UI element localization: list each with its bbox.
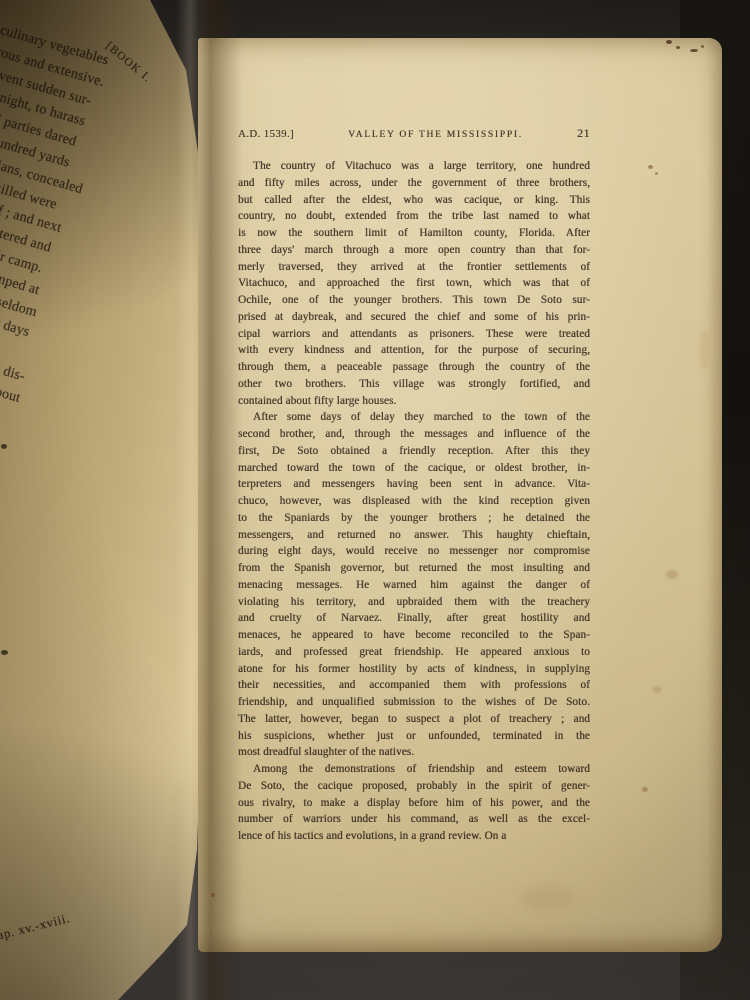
body-text-line: The latter, however, began to suspect a …	[238, 711, 590, 728]
book-photo: her culinary vegetablesumerous and exten…	[0, 0, 750, 1000]
body-text-line: with every kindness and attention, for t…	[238, 342, 590, 359]
header-page-number: 21	[577, 126, 590, 141]
body-text-line: marched toward the town of the cacique, …	[238, 460, 590, 477]
right-main-page: A.D. 1539.] VALLEY OF THE MISSISSIPPI. 2…	[198, 38, 722, 952]
body-text-line: messengers, and returned no answer. This…	[238, 527, 590, 544]
body-text-line: De Soto, the cacique proposed, probably …	[238, 778, 590, 795]
body-text-line: during eight days, would receive no mess…	[238, 543, 590, 560]
body-text-line: first, De Soto obtained a friendly recep…	[238, 443, 590, 460]
body-text-line: ous rivalry, to make a display before hi…	[238, 795, 590, 812]
body-text-line: his suspicions, whether just or unfounde…	[238, 728, 590, 745]
body-text-line: prised at daybreak, and secured the chie…	[238, 309, 590, 326]
body-text-line: atone for his former hostility by acts o…	[238, 661, 590, 678]
body-text-line: their necessities, and accompanied them …	[238, 677, 590, 694]
body-text-line: The country of Vitachuco was a large ter…	[238, 158, 590, 175]
body-text-line: from the Spanish governor, but returned …	[238, 560, 590, 577]
header-date: A.D. 1539.]	[238, 128, 294, 140]
body-text-line: chuco, however, was displeased with the …	[238, 493, 590, 510]
body-text-line: Ochile, one of the younger brothers. Thi…	[238, 292, 590, 309]
body-text-line: terpreters and messengers having been se…	[238, 476, 590, 493]
header-title: VALLEY OF THE MISSISSIPPI.	[294, 129, 577, 140]
body-text-line: friendship, and unqualified submission t…	[238, 694, 590, 711]
body-text-line: menacing messages. He warned him against…	[238, 577, 590, 594]
body-text-line: merly traversed, they arrived at the fro…	[238, 259, 590, 276]
body-text-line: country, no doubt, extended from the tri…	[238, 208, 590, 225]
body-text-line: violating his territory, and upbraided t…	[238, 594, 590, 611]
body-text-line: to the Spaniards by the younger brothers…	[238, 510, 590, 527]
body-text-line: second brother, and, through the message…	[238, 426, 590, 443]
left-page-footnote: ap. xv.-xviii.	[0, 911, 72, 944]
body-text-line: three days' march through a more open co…	[238, 242, 590, 259]
left-page-text-column: her culinary vegetablesumerous and exten…	[0, 14, 222, 900]
body-text-line: but called after the eldest, who was cac…	[238, 192, 590, 209]
body-text-line: through them, a peaceable passage throug…	[238, 359, 590, 376]
page-body-text: The country of Vitachuco was a large ter…	[238, 158, 590, 845]
body-text-line: After some days of delay they marched to…	[238, 409, 590, 426]
body-text-line: Vitachuco, and approached the first town…	[238, 275, 590, 292]
body-text-line: number of warriors under his command, as…	[238, 811, 590, 828]
body-text-line: contained about fifty large houses.	[238, 393, 590, 410]
body-text-line: is now the southern limit of Hamilton co…	[238, 225, 590, 242]
body-text-line: most dreadful slaughter of the natives.	[238, 744, 590, 761]
body-text-line: lence of his tactics and evolutions, in …	[238, 828, 590, 845]
body-text-line: cipal warriors and attendants as prisone…	[238, 326, 590, 343]
body-text-line: menaces, he appeared to have become reco…	[238, 627, 590, 644]
left-facing-page: her culinary vegetablesumerous and exten…	[0, 0, 212, 1000]
body-text-line: Among the demonstrations of friendship a…	[238, 761, 590, 778]
body-text-line: and fifty miles across, under the govern…	[238, 175, 590, 192]
body-text-line: and cruelty of Narvaez. Finally, after g…	[238, 610, 590, 627]
body-text-line: other two brothers. This village was str…	[238, 376, 590, 393]
running-header: A.D. 1539.] VALLEY OF THE MISSISSIPPI. 2…	[238, 126, 590, 141]
body-text-line: iards, and professed great friendship. H…	[238, 644, 590, 661]
